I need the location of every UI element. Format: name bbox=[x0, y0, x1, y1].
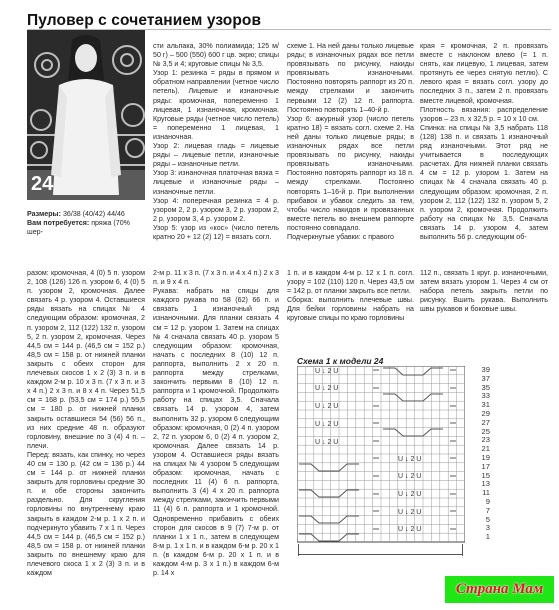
text-column-top-1: сти альпака, 30% полиамида; 125 м/ 50 г)… bbox=[153, 42, 279, 242]
watermark-text: Страна Мам bbox=[456, 581, 543, 598]
svg-text:U ↓ 2 U: U ↓ 2 U bbox=[315, 368, 338, 375]
chart-row-numbers: 39 37 35 33 31 29 27 25 23 21 19 17 15 1… bbox=[470, 366, 490, 542]
intro-block: Размеры: 36/38 (40/42) 44/46 Вам потребу… bbox=[27, 210, 145, 237]
text-column-top-2: схеме 1. На ней даны только лицевые ряды… bbox=[287, 42, 414, 242]
svg-text:U ↓ 2 U: U ↓ 2 U bbox=[315, 385, 338, 392]
svg-text:U ↓ 2 U: U ↓ 2 U bbox=[398, 491, 421, 498]
svg-text:U ↓ 2 U: U ↓ 2 U bbox=[398, 456, 421, 463]
model-number: 24 bbox=[31, 173, 53, 196]
svg-text:U ↓ 2 U: U ↓ 2 U bbox=[398, 473, 421, 480]
svg-text:U ↓ 2 U: U ↓ 2 U bbox=[315, 403, 338, 410]
sizes-value: 36/38 (40/42) 44/46 bbox=[63, 210, 125, 218]
knitting-chart: U ↓ 2 UU ↓ 2 U U ↓ 2 UU ↓ 2 U U ↓ 2 U U … bbox=[297, 366, 465, 544]
svg-text:U ↓ 2 U: U ↓ 2 U bbox=[398, 509, 421, 516]
page-title: Пуловер с сочетанием узоров bbox=[27, 12, 261, 30]
text-column-bottom-2: 2-м р. 11 х 3 п. (7 х 3 п. и 4 х 4 п.) 2… bbox=[153, 269, 279, 578]
svg-text:U ↓ 2 U: U ↓ 2 U bbox=[315, 421, 338, 428]
text-column-bottom-3: 1 п. и в каждом 4-м р. 12 х 1 п. согл. у… bbox=[287, 269, 414, 324]
repeat-bracket-right bbox=[462, 544, 463, 556]
text-column-top-3: края = кромочная, 2 п. провязать вместе … bbox=[420, 42, 548, 242]
row-number: 1 bbox=[470, 533, 490, 542]
model-photo: 24 bbox=[27, 30, 145, 200]
svg-text:U ↓ 2 U: U ↓ 2 U bbox=[315, 439, 338, 446]
text-column-bottom-1: разом: кромочная, 4 (0) 5 п. узором 2, 1… bbox=[27, 269, 145, 578]
knitting-chart-grid: U ↓ 2 UU ↓ 2 U U ↓ 2 UU ↓ 2 U U ↓ 2 U U … bbox=[297, 366, 465, 549]
text-column-bottom-4: 112 п., связать 1 круг. р. изнаночными, … bbox=[420, 269, 548, 314]
scheme-title: Схема 1 к модели 24 bbox=[297, 356, 383, 366]
watermark-logo: Страна Мам bbox=[445, 576, 554, 603]
materials-label: Вам потребуется: bbox=[27, 219, 89, 227]
repeat-bracket bbox=[298, 554, 462, 555]
svg-text:U ↓ 2 U: U ↓ 2 U bbox=[398, 526, 421, 533]
sizes-label: Размеры: bbox=[27, 210, 61, 218]
